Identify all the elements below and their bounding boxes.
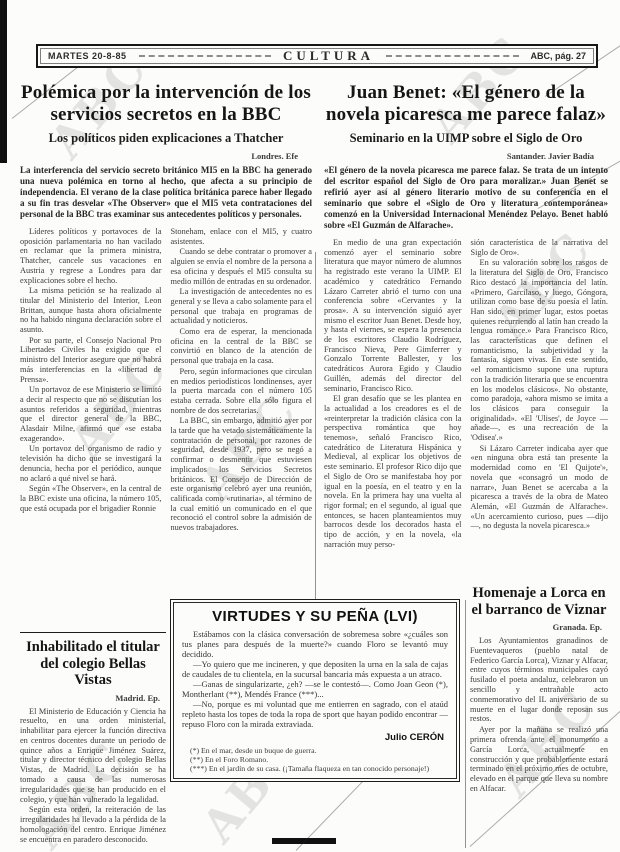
author-signature: Julio CERÓN (182, 732, 444, 743)
paragraph: El gran desafío que se les plantea en la… (324, 394, 462, 549)
section-rule (20, 632, 166, 633)
article-benet-lead: «El género de la novela picaresca me par… (324, 165, 608, 231)
article-lorca-body: Los Ayuntamientos granadinos de Fuenteva… (470, 636, 608, 794)
paragraph: En medio de una gran expectación comenzó… (324, 238, 462, 393)
footnote: (*) En el mar, desde un buque de guerra. (182, 746, 448, 755)
paragraph: Líderes políticos y portavoces de la opo… (20, 227, 162, 285)
column-divider (315, 252, 316, 638)
section-title: CULTURA (283, 48, 374, 64)
article-bbc-subhead: Los políticos piden explicaciones a That… (20, 131, 312, 146)
paragraph: sión característica de la narrativa del … (471, 238, 609, 257)
paragraph: Stoneham, enlace con el MI5, y cuatro as… (171, 227, 313, 246)
paragraph: Los Ayuntamientos granadinos de Fuenteva… (470, 636, 608, 724)
article-benet-col1: En medio de una gran expectación comenzó… (324, 238, 462, 568)
paragraph: —Yo quiero que me incineren, y que depos… (182, 659, 448, 679)
paragraph: La misma petición se ha realizado al tit… (20, 286, 162, 335)
article-bbc-col1: Líderes políticos y portavoces de la opo… (20, 227, 162, 585)
paragraph: En su valoración sobre los rasgos de la … (471, 258, 609, 442)
article-bbc-columns: Líderes políticos y portavoces de la opo… (20, 227, 312, 585)
article-benet-col2: sión característica de la narrativa del … (471, 238, 609, 568)
paragraph: Un portavoz de ese Ministerio se limitó … (20, 385, 162, 443)
header-dash-left (139, 55, 271, 57)
paragraph: Según «The Observer», en la central de l… (20, 484, 162, 513)
paragraph: Según esta orden, la reiteración de las … (20, 805, 166, 844)
header-page-number: ABC, pág. 27 (531, 51, 587, 61)
article-bbc-lead: La interferencia del servicio secreto br… (20, 165, 312, 220)
article-benet-dateline: Santander. Javier Badía (324, 151, 594, 161)
boxed-column-title: VIRTUDES Y SU PEÑA (LVI) (182, 608, 448, 625)
article-lorca: Homenaje a Lorca en el barranco de Vizna… (470, 585, 608, 795)
article-colegio-body: El Ministerio de Educación y Ciencia ha … (20, 707, 166, 845)
boxed-column-inner: VIRTUDES Y SU PEÑA (LVI) Estábamos con l… (173, 602, 457, 779)
boxed-column-footnotes: (*) En el mar, desde un buque de guerra.… (182, 746, 448, 774)
article-benet-columns: En medio de una gran expectación comenzó… (324, 238, 608, 568)
article-colegio: Inhabilitado el titular del colegio Bell… (20, 632, 166, 846)
scan-bottom-mark (272, 838, 336, 844)
header-date: MARTES 20-8-85 (48, 51, 127, 61)
boxed-column-virtudes: VIRTUDES Y SU PEÑA (LVI) Estábamos con l… (170, 599, 460, 782)
article-colegio-headline: Inhabilitado el titular del colegio Bell… (20, 639, 166, 689)
paragraph: Como era de esperar, la mencionada ofici… (171, 327, 313, 366)
paragraph: El Ministerio de Educación y Ciencia ha … (20, 707, 166, 805)
paragraph: Por su parte, el Consejo Nacional Pro Li… (20, 336, 162, 385)
article-bbc-dateline: Londres. Efe (20, 151, 298, 161)
boxed-column-body: Estábamos con la clásica conversación de… (182, 629, 448, 729)
article-lorca-headline: Homenaje a Lorca en el barranco de Vizna… (470, 585, 608, 618)
page-header: MARTES 20-8-85 CULTURA ABC, pág. 27 (36, 44, 598, 68)
article-benet-subhead: Seminario en la UIMP sobre el Siglo de O… (324, 131, 608, 146)
header-dash-right (386, 55, 518, 57)
paragraph: Estábamos con la clásica conversación de… (182, 629, 448, 659)
article-bbc-headline: Polémica por la intervención de los serv… (20, 82, 312, 125)
newspaper-page: ABC ABC ABC ABC ABC ABC ABC ABC MARTES 2… (0, 0, 620, 852)
scan-edge-bar (0, 0, 7, 163)
article-benet: Juan Benet: «El género de la novela pica… (324, 82, 608, 568)
paragraph: —No, porque es mi voluntad que me entier… (182, 699, 448, 729)
article-bbc: Polémica por la intervención de los serv… (20, 82, 312, 585)
paragraph: Ayer por la mañana se realizó una primer… (470, 725, 608, 794)
paragraph: La investigación de antecedentes no es g… (171, 287, 313, 326)
article-colegio-dateline: Madrid. Ep. (20, 693, 160, 703)
article-bbc-col2: Stoneham, enlace con el MI5, y cuatro as… (171, 227, 313, 585)
footnote: (***) En el jardín de su casa. (¡Tamaña … (182, 764, 448, 773)
paragraph: Cuando se debe contratar o promover a al… (171, 247, 313, 286)
article-lorca-dateline: Granada. Ep. (470, 622, 602, 632)
article-benet-headline: Juan Benet: «El género de la novela pica… (324, 82, 608, 125)
column-divider (465, 600, 466, 848)
paragraph: —Ganas de singularizarte, ¿eh? —se le co… (182, 679, 448, 699)
paragraph: Un portavoz del organismo de radio y tel… (20, 444, 162, 483)
paragraph: Pero, según informaciones que circulan e… (171, 367, 313, 416)
paragraph: Si Lázaro Carreter indicaba ayer que «en… (471, 444, 609, 531)
footnote: (**) En el Foro Romano. (182, 755, 448, 764)
paragraph: La BBC, sin embargo, admitió ayer por la… (171, 416, 313, 532)
